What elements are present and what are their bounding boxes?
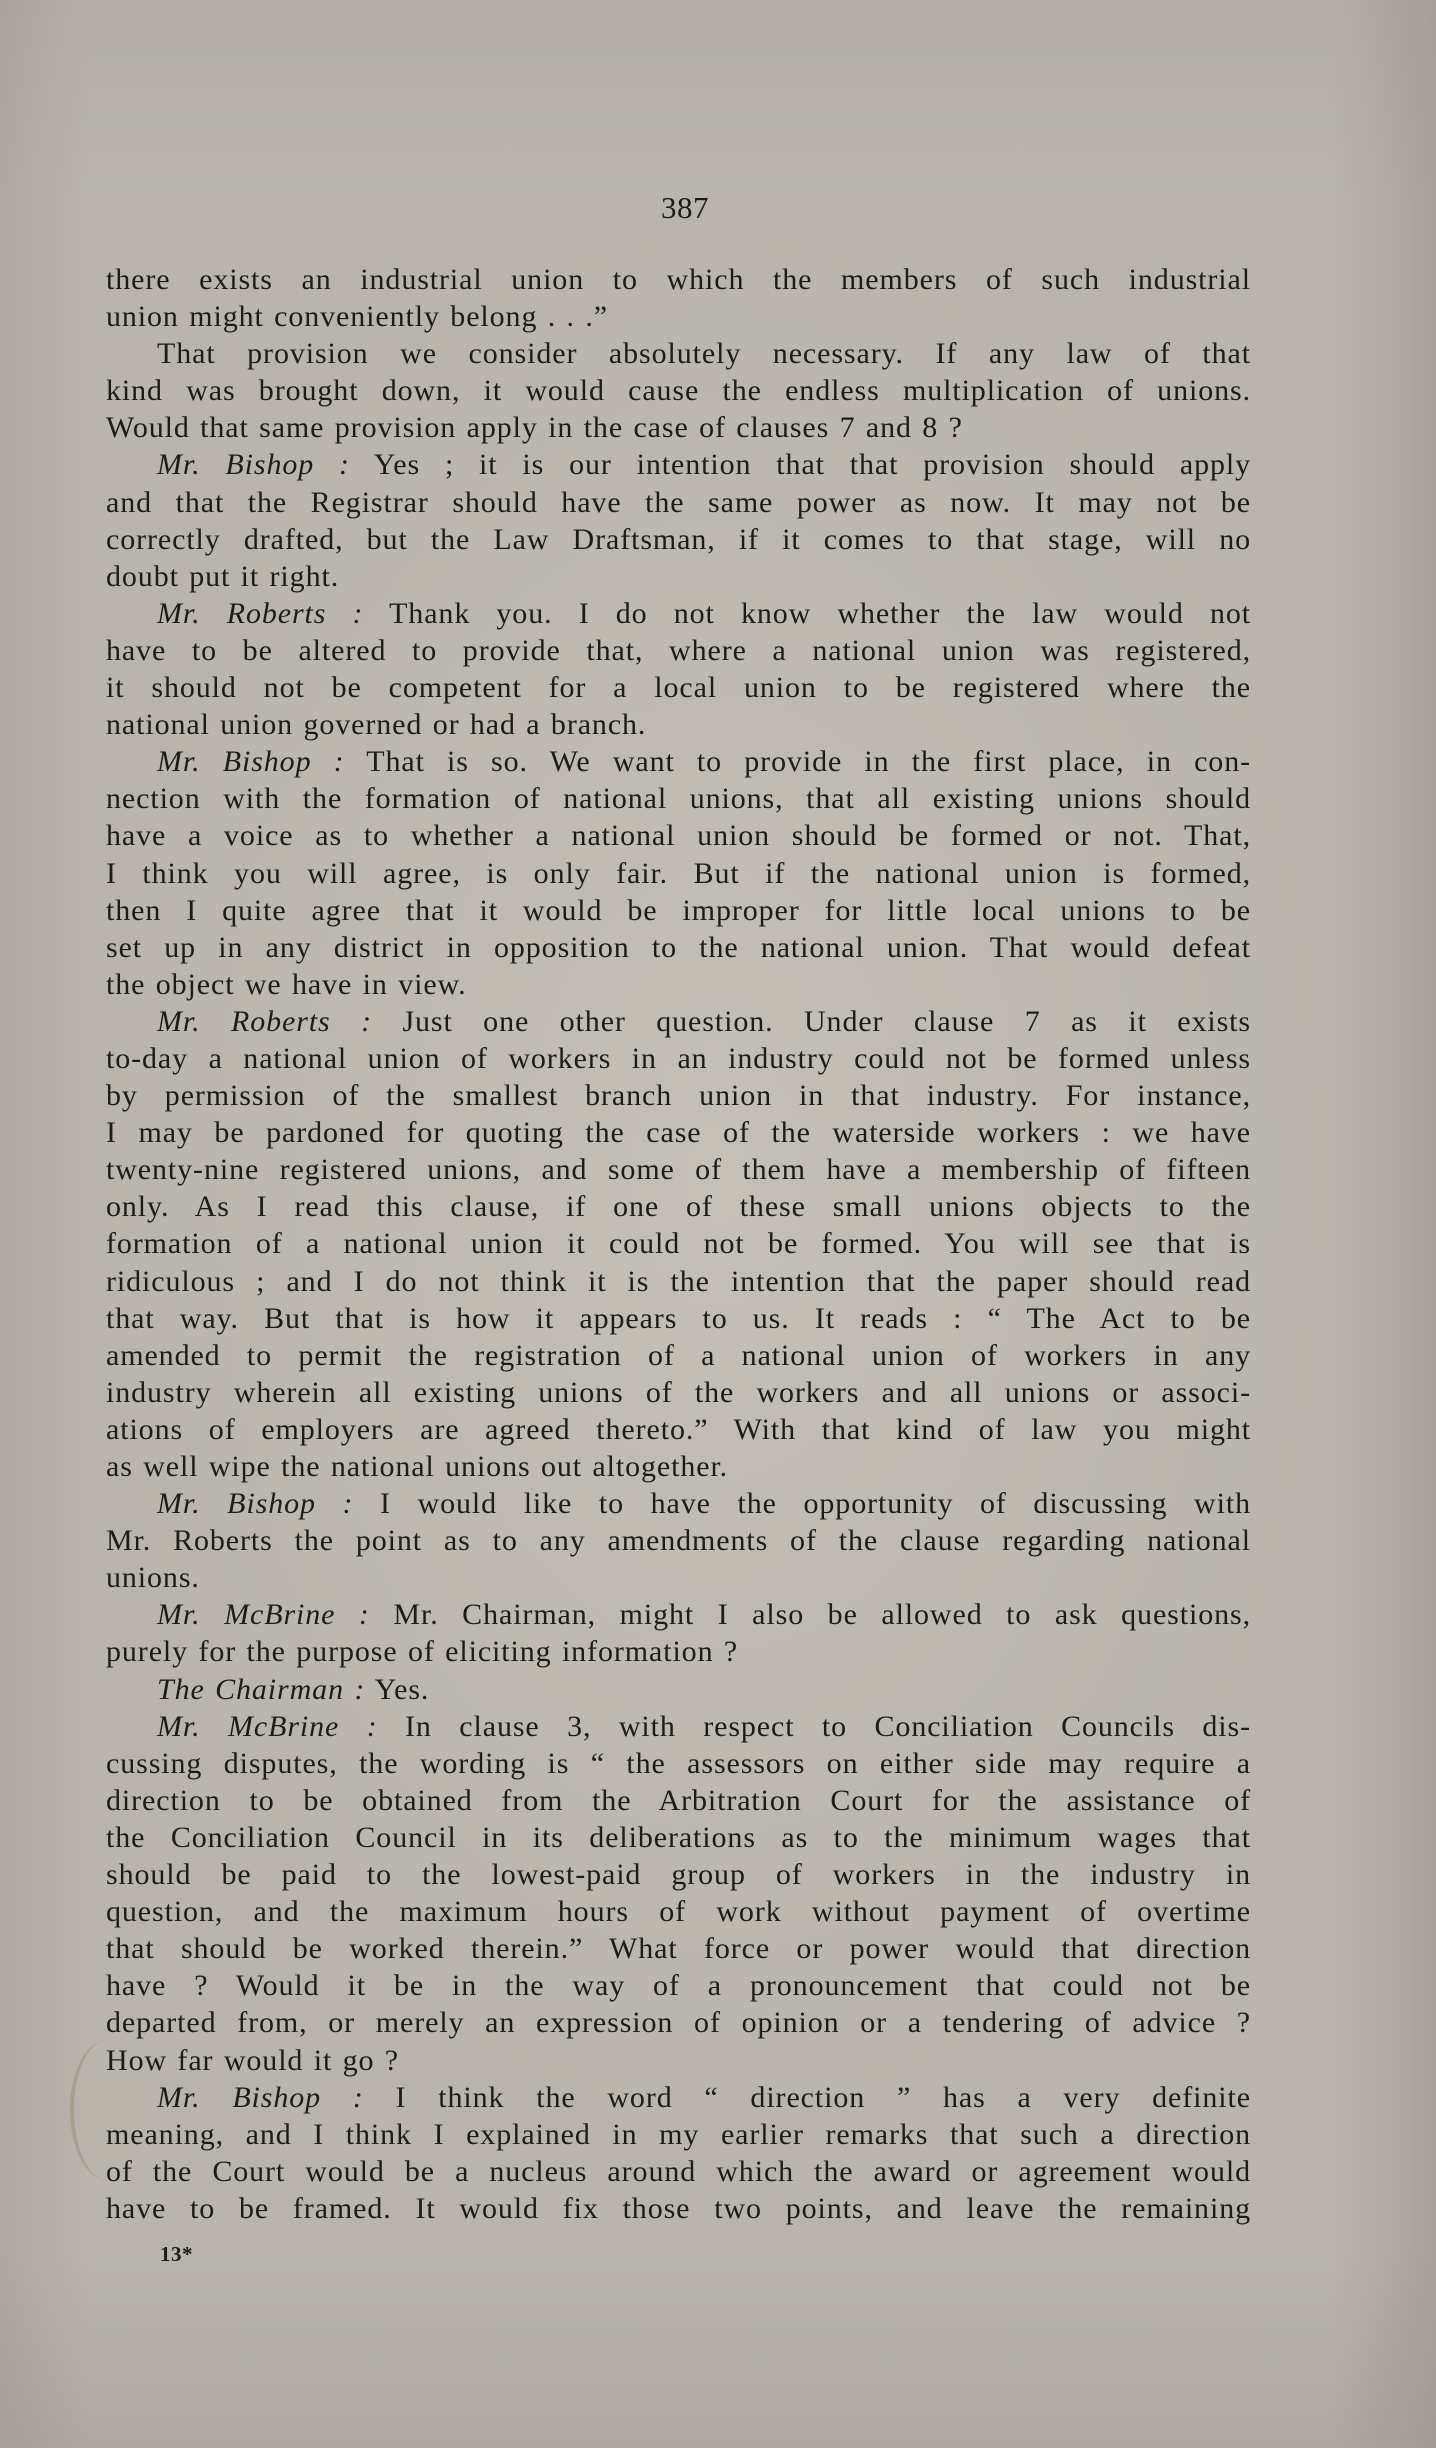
line-text: by permission of the smallest branch uni… xyxy=(106,1079,1251,1112)
printer-signature-mark: 13* xyxy=(160,2242,193,2267)
line-text: twenty-nine registered unions, and some … xyxy=(106,1153,1251,1186)
text-line: Mr. Roberts the point as to any amendmen… xyxy=(106,1522,1251,1559)
line-text: that way. But that is how it appears to … xyxy=(106,1302,1251,1335)
text-line: set up in any district in opposition to … xyxy=(106,929,1251,966)
line-text: it should not be competent for a local u… xyxy=(106,671,1251,704)
line-text: Just one other question. Under clause 7 … xyxy=(372,1005,1251,1038)
line-text: national union governed or had a branch. xyxy=(106,708,646,741)
line-text: Mr. Chairman, might I also be allowed to… xyxy=(370,1598,1251,1631)
speaker-name: Mr. Bishop : xyxy=(157,448,350,481)
line-text: set up in any district in opposition to … xyxy=(106,931,1251,964)
line-text: I think the word “ direction ” has a ver… xyxy=(364,2081,1251,2114)
line-text: In clause 3, with respect to Conciliatio… xyxy=(378,1710,1251,1743)
line-text: of the Court would be a nucleus around w… xyxy=(106,2155,1251,2188)
page-number: 387 xyxy=(0,190,1403,226)
line-text: departed from, or merely an expression o… xyxy=(106,2006,1251,2039)
line-text: Mr. Roberts the point as to any amendmen… xyxy=(106,1524,1251,1557)
line-text: I may be pardoned for quoting the case o… xyxy=(106,1116,1251,1149)
line-text: have to be framed. It would fix those tw… xyxy=(106,2192,1251,2225)
text-line: doubt put it right. xyxy=(106,558,1251,595)
body-text: there exists an industrial union to whic… xyxy=(106,261,1251,2227)
line-text: purely for the purpose of eliciting info… xyxy=(106,1635,738,1668)
line-text: union might conveniently belong . . .” xyxy=(106,300,608,333)
text-line: I may be pardoned for quoting the case o… xyxy=(106,1114,1251,1151)
line-text: have to be altered to provide that, wher… xyxy=(106,634,1251,667)
text-line: ridiculous ; and I do not think it is th… xyxy=(106,1263,1251,1300)
text-line: have to be altered to provide that, wher… xyxy=(106,632,1251,669)
speaker-name: The Chairman : xyxy=(157,1673,365,1706)
text-line: unions. xyxy=(106,1559,1251,1596)
line-text: should be paid to the lowest-paid group … xyxy=(106,1858,1251,1891)
text-line: as well wipe the national unions out alt… xyxy=(106,1448,1251,1485)
line-text: How far would it go ? xyxy=(106,2044,399,2077)
speaker-name: Mr. Roberts : xyxy=(157,1005,372,1038)
line-text: to-day a national union of workers in an… xyxy=(106,1042,1251,1075)
line-text: kind was brought down, it would cause th… xyxy=(106,374,1251,407)
speaker-line: Mr. Roberts : Just one other question. U… xyxy=(106,1003,1251,1040)
text-line: national union governed or had a branch. xyxy=(106,706,1251,743)
text-line: it should not be competent for a local u… xyxy=(106,669,1251,706)
line-text: formation of a national union it could n… xyxy=(106,1227,1251,1260)
text-line: there exists an industrial union to whic… xyxy=(106,261,1251,298)
text-line: purely for the purpose of eliciting info… xyxy=(106,1633,1251,1670)
line-text: doubt put it right. xyxy=(106,560,339,593)
line-text: the object we have in view. xyxy=(106,968,467,1001)
line-text: there exists an industrial union to whic… xyxy=(106,263,1251,296)
speaker-line: Mr. Roberts : Thank you. I do not know w… xyxy=(106,595,1251,632)
line-text: question, and the maximum hours of work … xyxy=(106,1895,1251,1928)
line-text: have ? Would it be in the way of a prono… xyxy=(106,1969,1251,2002)
text-line: that way. But that is how it appears to … xyxy=(106,1300,1251,1337)
text-line: only. As I read this clause, if one of t… xyxy=(106,1188,1251,1225)
speaker-name: Mr. McBrine : xyxy=(157,1710,378,1743)
speaker-line: Mr. McBrine : In clause 3, with respect … xyxy=(106,1708,1251,1745)
line-text: only. As I read this clause, if one of t… xyxy=(106,1190,1251,1223)
speaker-line: The Chairman : Yes. xyxy=(106,1671,1251,1708)
speaker-name: Mr. McBrine : xyxy=(157,1598,370,1631)
line-text: nection with the formation of national u… xyxy=(106,782,1251,815)
line-text: Yes. xyxy=(365,1673,429,1706)
text-line: direction to be obtained from the Arbitr… xyxy=(106,1782,1251,1819)
text-line: by permission of the smallest branch uni… xyxy=(106,1077,1251,1114)
text-line: kind was brought down, it would cause th… xyxy=(106,372,1251,409)
speaker-name: Mr. Roberts : xyxy=(157,597,363,630)
speaker-line: Mr. Bishop : That is so. We want to prov… xyxy=(106,743,1251,780)
line-text: Would that same provision apply in the c… xyxy=(106,411,963,444)
text-line: the object we have in view. xyxy=(106,966,1251,1003)
text-line: amended to permit the registration of a … xyxy=(106,1337,1251,1374)
text-line: to-day a national union of workers in an… xyxy=(106,1040,1251,1077)
speaker-line: Mr. Bishop : I think the word “ directio… xyxy=(106,2079,1251,2116)
line-text: meaning, and I think I explained in my e… xyxy=(106,2118,1251,2151)
line-text: industry wherein all existing unions of … xyxy=(106,1376,1251,1409)
text-line: meaning, and I think I explained in my e… xyxy=(106,2116,1251,2153)
line-text: and that the Registrar should have the s… xyxy=(106,486,1251,519)
line-text: the Conciliation Council in its delibera… xyxy=(106,1821,1251,1854)
line-text: then I quite agree that it would be impr… xyxy=(106,894,1251,927)
text-line: have ? Would it be in the way of a prono… xyxy=(106,1967,1251,2004)
text-line: cussing disputes, the wording is “ the a… xyxy=(106,1745,1251,1782)
line-text: have a voice as to whether a national un… xyxy=(106,819,1251,852)
speaker-name: Mr. Bishop : xyxy=(157,745,345,778)
line-text: unions. xyxy=(106,1561,200,1594)
line-text: I would like to have the opportunity of … xyxy=(353,1487,1251,1520)
speaker-line: Mr. Bishop : I would like to have the op… xyxy=(106,1485,1251,1522)
line-text: ations of employers are agreed thereto.”… xyxy=(106,1413,1251,1446)
text-line: formation of a national union it could n… xyxy=(106,1225,1251,1262)
text-line: then I quite agree that it would be impr… xyxy=(106,892,1251,929)
text-line: the Conciliation Council in its delibera… xyxy=(106,1819,1251,1856)
line-text: ridiculous ; and I do not think it is th… xyxy=(106,1265,1251,1298)
line-text: amended to permit the registration of a … xyxy=(106,1339,1251,1372)
speaker-name: Mr. Bishop : xyxy=(157,1487,353,1520)
line-text: that should be worked therein.” What for… xyxy=(106,1932,1251,1965)
text-line: have a voice as to whether a national un… xyxy=(106,817,1251,854)
text-line: I think you will agree, is only fair. Bu… xyxy=(106,855,1251,892)
line-text: That is so. We want to provide in the fi… xyxy=(345,745,1251,778)
text-line: have to be framed. It would fix those tw… xyxy=(106,2190,1251,2227)
line-text: direction to be obtained from the Arbitr… xyxy=(106,1784,1251,1817)
text-line: union might conveniently belong . . .” xyxy=(106,298,1251,335)
text-line: question, and the maximum hours of work … xyxy=(106,1893,1251,1930)
text-line: and that the Registrar should have the s… xyxy=(106,484,1251,521)
text-line: departed from, or merely an expression o… xyxy=(106,2004,1251,2041)
text-line: That provision we consider absolutely ne… xyxy=(106,335,1251,372)
line-text: Yes ; it is our intention that that prov… xyxy=(350,448,1251,481)
text-line: that should be worked therein.” What for… xyxy=(106,1930,1251,1967)
text-line: of the Court would be a nucleus around w… xyxy=(106,2153,1251,2190)
line-text: That provision we consider absolutely ne… xyxy=(157,337,1251,370)
line-text: as well wipe the national unions out alt… xyxy=(106,1450,728,1483)
speaker-name: Mr. Bishop : xyxy=(157,2081,364,2114)
text-line: ations of employers are agreed thereto.”… xyxy=(106,1411,1251,1448)
text-line: twenty-nine registered unions, and some … xyxy=(106,1151,1251,1188)
speaker-line: Mr. Bishop : Yes ; it is our intention t… xyxy=(106,446,1251,483)
text-line: should be paid to the lowest-paid group … xyxy=(106,1856,1251,1893)
line-text: correctly drafted, but the Law Draftsman… xyxy=(106,523,1251,556)
text-line: correctly drafted, but the Law Draftsman… xyxy=(106,521,1251,558)
text-line: Would that same provision apply in the c… xyxy=(106,409,1251,446)
line-text: Thank you. I do not know whether the law… xyxy=(363,597,1251,630)
text-line: industry wherein all existing unions of … xyxy=(106,1374,1251,1411)
text-line: nection with the formation of national u… xyxy=(106,780,1251,817)
text-line: How far would it go ? xyxy=(106,2042,1251,2079)
speaker-line: Mr. McBrine : Mr. Chairman, might I also… xyxy=(106,1596,1251,1633)
line-text: cussing disputes, the wording is “ the a… xyxy=(106,1747,1251,1780)
line-text: I think you will agree, is only fair. Bu… xyxy=(106,857,1251,890)
